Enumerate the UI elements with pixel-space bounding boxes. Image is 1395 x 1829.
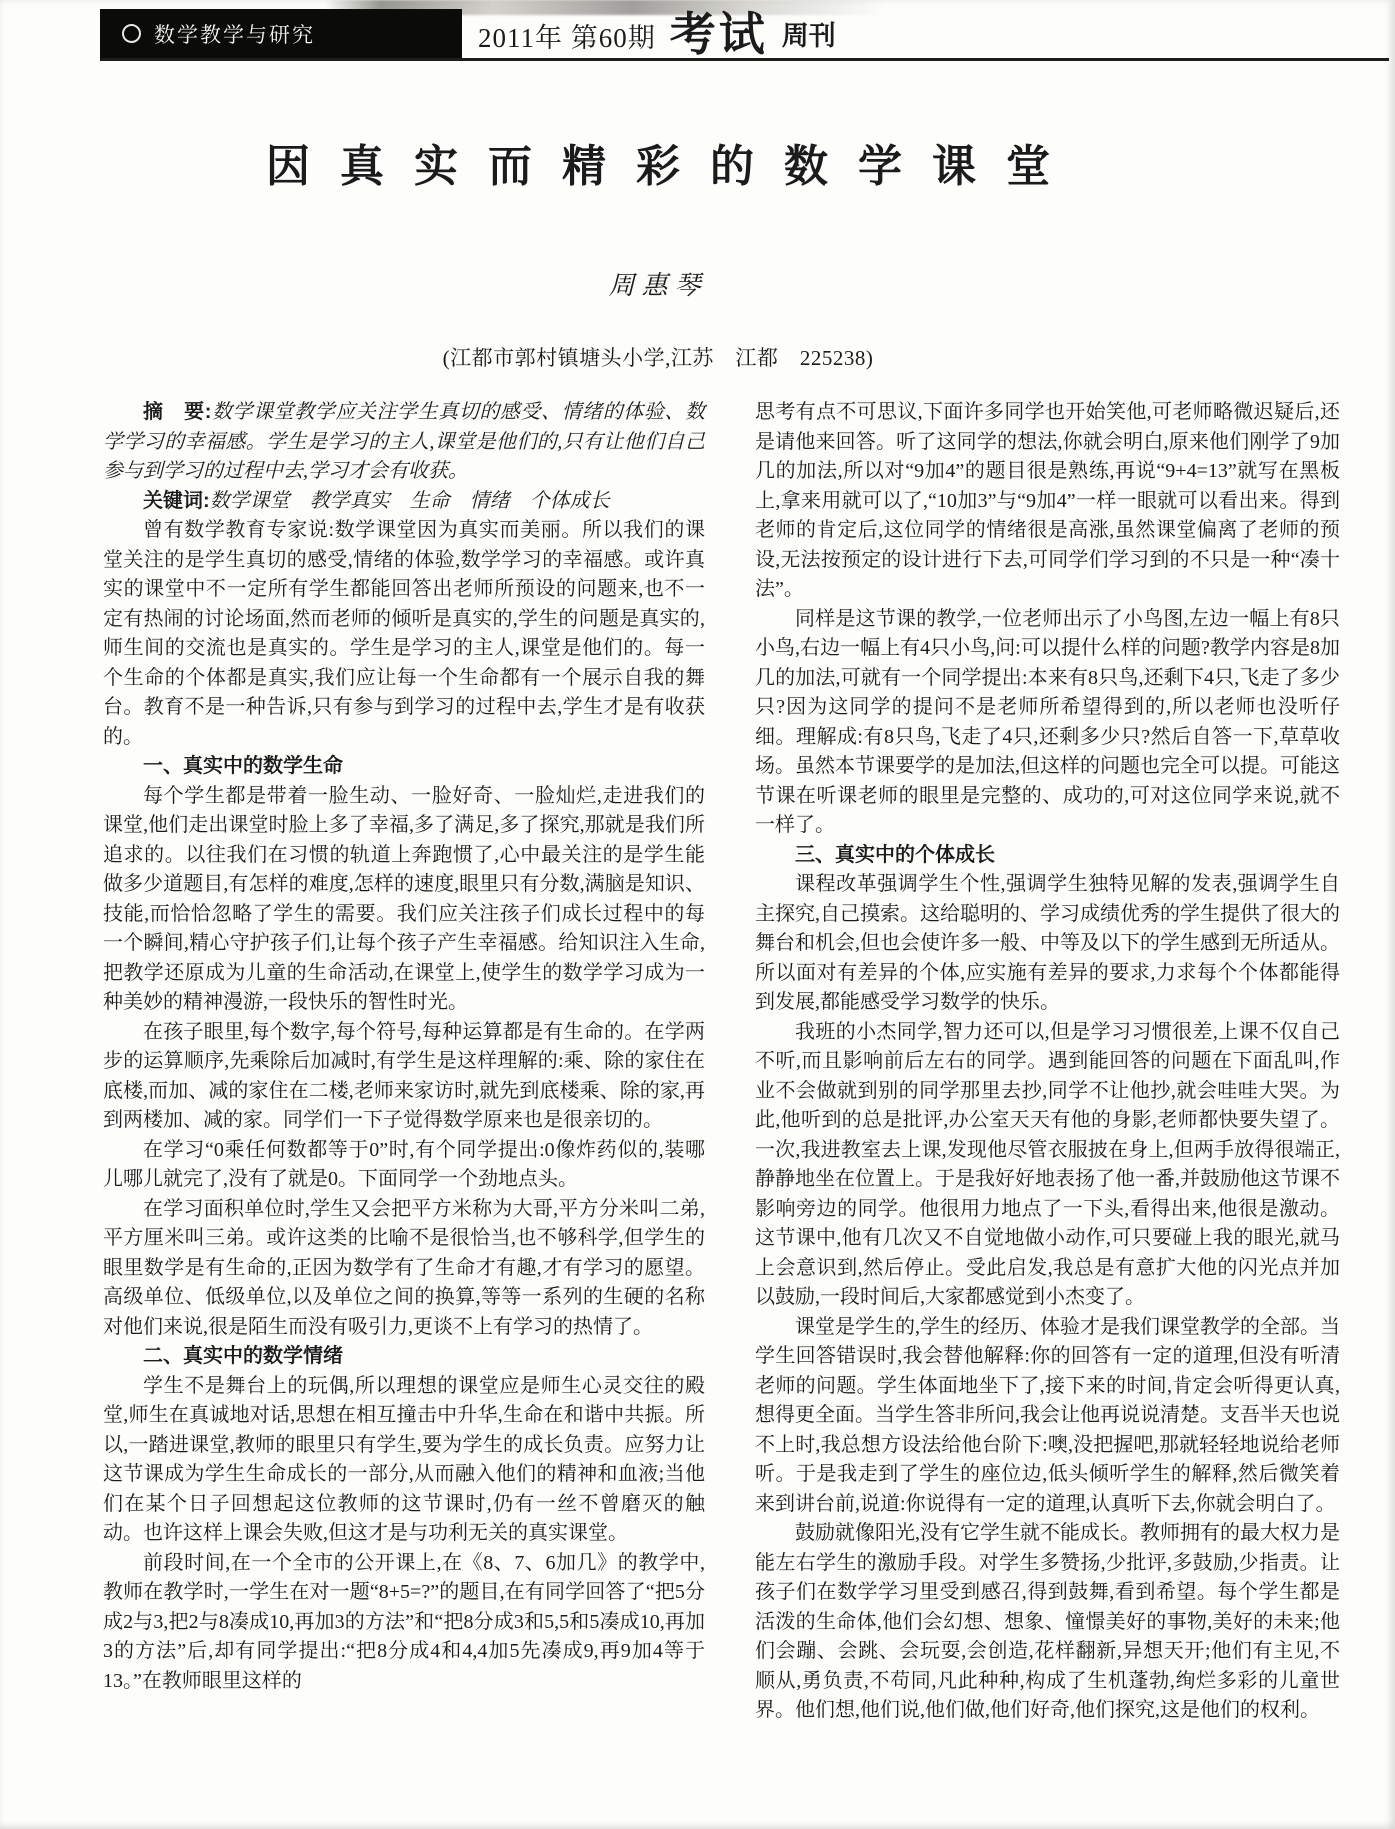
paragraph: 鼓励就像阳光,没有它学生就不能成长。教师拥有的最大权力是能左右学生的激励手段。对… (755, 1519, 1340, 1726)
article-title: 因真实而精彩的数学课堂 (113, 138, 1233, 195)
circle-outline-icon (122, 24, 141, 43)
journal-logo: 数学教学与研究 (100, 9, 462, 58)
paragraph: 前段时间,在一个全市的公开课上,在《8、7、6加几》的教学中,教师在教学时,一学… (103, 1549, 705, 1697)
paragraph: 每个学生都是带着一脸生动、一脸好奇、一脸灿烂,走进我们的课堂,他们走出课堂时脸上… (103, 782, 705, 1018)
brand-subtitle: 周刊 (782, 14, 836, 57)
abstract-paragraph: 摘 要:数学课堂教学应关注学生真切的感受、情绪的体验、数学学习的幸福感。学生是学… (103, 398, 705, 487)
issue-line: 2011年 第60期 考试 周刊 (462, 9, 836, 58)
paragraph: 同样是这节课的教学,一位老师出示了小鸟图,左边一幅上有8只小鸟,右边一幅上有4只… (755, 605, 1340, 841)
journal-name: 数学教学与研究 (154, 19, 315, 49)
field-label: 摘 要: (143, 401, 211, 423)
paragraph: 在学习面积单位时,学生又会把平方米称为大哥,平方分米叫二弟,平方厘米叫三弟。或许… (103, 1195, 705, 1343)
section-heading: 二、真实中的数学情绪 (103, 1342, 705, 1372)
article: 因真实而精彩的数学课堂 周惠琴 (江都市郭村镇塘头小学,江苏 江都 225238… (103, 58, 1340, 1726)
paragraph: 思考有点不可思议,下面许多同学也开始笑他,可老师略微迟疑后,还是请他来回答。听了… (755, 398, 1340, 605)
paragraph: 在孩子眼里,每个数字,每个符号,每种运算都是有生命的。在学两步的运算顺序,先乘除… (103, 1018, 705, 1136)
article-head: 因真实而精彩的数学课堂 周惠琴 (江都市郭村镇塘头小学,江苏 江都 225238… (113, 138, 1203, 372)
paragraph: 我班的小杰同学,智力还可以,但是学习习惯很差,上课不仅自己不听,而且影响前后左右… (755, 1018, 1340, 1313)
article-author: 周惠琴 (113, 265, 1203, 302)
abstract-paragraph: 关键词:数学课堂 教学真实 生命 情绪 个体成长 (103, 487, 705, 517)
paragraph: 学生不是舞台上的玩偶,所以理想的课堂应是师生心灵交往的殿堂,师生在真诚地对话,思… (103, 1372, 705, 1549)
right-column: 思考有点不可思议,下面许多同学也开始笑他,可老师略微迟疑后,还是请他来回答。听了… (755, 398, 1340, 1726)
article-affiliation: (江都市郭村镇塘头小学,江苏 江都 225238) (113, 342, 1203, 372)
masthead: 数学教学与研究 2011年 第60期 考试 周刊 (100, 9, 1389, 61)
left-column: 摘 要:数学课堂教学应关注学生真切的感受、情绪的体验、数学学习的幸福感。学生是学… (103, 398, 705, 1726)
brand-title: 考试 (670, 13, 768, 57)
issue-info: 2011年 第60期 (478, 16, 656, 57)
field-label: 关键词: (143, 490, 210, 512)
journal-page: 数学教学与研究 2011年 第60期 考试 周刊 因真实而精彩的数学课堂 周惠琴… (0, 0, 1395, 1829)
section-heading: 三、真实中的个体成长 (755, 841, 1340, 871)
article-body: 摘 要:数学课堂教学应关注学生真切的感受、情绪的体验、数学学习的幸福感。学生是学… (103, 398, 1340, 1726)
paragraph: 课堂是学生的,学生的经历、体验才是我们课堂教学的全部。当学生回答错误时,我会替他… (755, 1313, 1340, 1520)
paragraph: 课程改革强调学生个性,强调学生独特见解的发表,强调学生自主探究,自己摸索。这给聪… (755, 870, 1340, 1018)
paragraph: 在学习“0乘任何数都等于0”时,有个同学提出:0像炸药似的,装哪儿哪儿就完了,没… (103, 1136, 705, 1195)
paragraph: 曾有数学教育专家说:数学课堂因为真实而美丽。所以我们的课堂关注的是学生真切的感受… (103, 516, 705, 752)
section-heading: 一、真实中的数学生命 (103, 752, 705, 782)
